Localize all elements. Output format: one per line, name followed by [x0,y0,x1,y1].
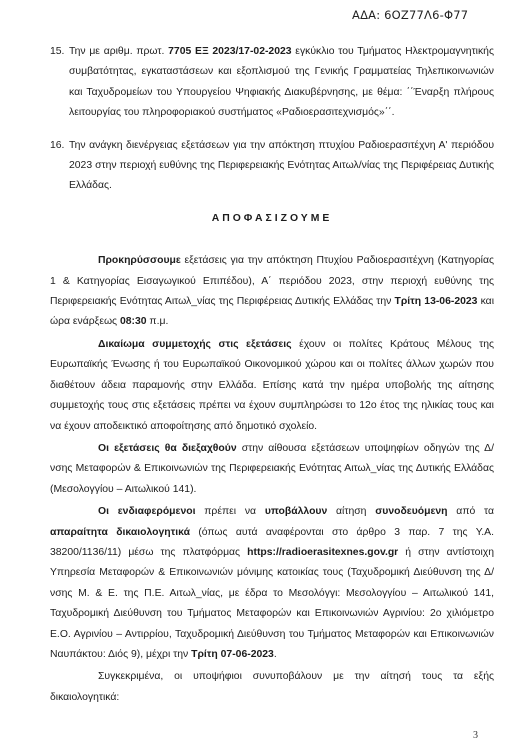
paragraph-exam-location: Οι εξετάσεις θα διεξαχθούν στην αίθουσα … [50,439,494,500]
document-page: 15. Την με αριθμ. πρωτ. 7705 ΕΞ 2023/17-… [50,42,494,708]
list-item: 15. Την με αριθμ. πρωτ. 7705 ΕΞ 2023/17-… [50,42,494,124]
paragraph-announcement: Προκηρύσσουμε εξετάσεις για την απόκτηση… [50,251,494,333]
section-heading: ΑΠΟΦΑΣΙΖΟΥΜΕ [50,209,494,229]
paragraph-application: Οι ενδιαφερόμενοι πρέπει να υποβάλλουν α… [50,502,494,665]
ada-code: ΑΔΑ: 6ΟΖ77Λ6-Φ77 [352,8,468,22]
list-item-text: Την με αριθμ. πρωτ. 7705 ΕΞ 2023/17-02-2… [69,42,494,124]
paragraph-documents: Συγκεκριμένα, οι υποψήφιοι συνυποβάλουν … [50,667,494,708]
list-item-number: 16. [50,136,69,197]
list-item-text: Την ανάγκη διενέργειας εξετάσεων για την… [69,136,494,197]
page-number: 3 [473,730,478,741]
list-item-number: 15. [50,42,69,124]
paragraph-eligibility: Δικαίωμα συμμετοχής στις εξετάσεις έχουν… [50,335,494,437]
list-item: 16. Την ανάγκη διενέργειας εξετάσεων για… [50,136,494,197]
